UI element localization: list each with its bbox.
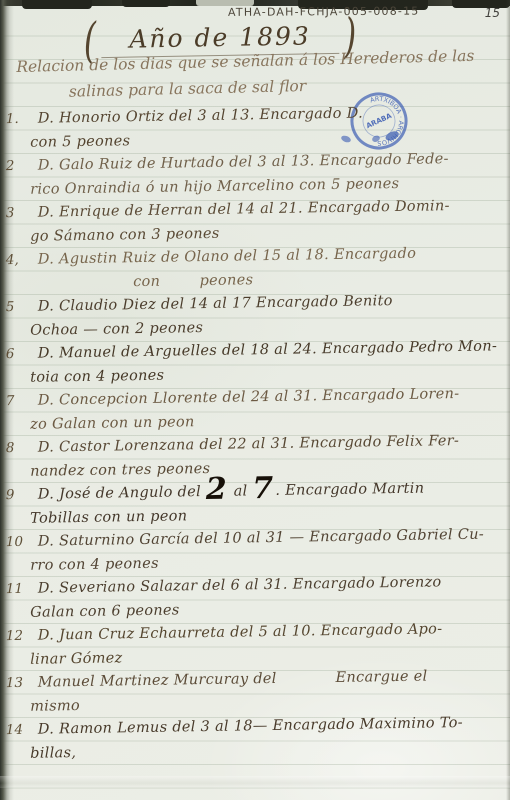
ledger-entry: 11 D. Severiano Salazar del 6 al 31. Enc…: [16, 570, 507, 625]
entry-number: 5: [6, 299, 28, 315]
ledger-entry: 13 Manuel Martinez Murcuray del Encargue…: [16, 664, 507, 719]
entry-text: D. Galo Ruiz de Hurtado del 3 al 13. Enc…: [38, 151, 449, 173]
entry-number: 14: [6, 722, 28, 738]
intro-paragraph: Relacion de los dias que se señalan á lo…: [16, 42, 507, 106]
entry-text: D. Manuel de Arguelles del 18 al 24. Enc…: [38, 338, 498, 361]
entry-number: 3: [6, 205, 28, 221]
entry-number: 11: [6, 581, 28, 597]
manuscript-page: ATHA-DAH-FCHJA-005-008-15 15 ( Año de 18…: [0, 0, 510, 800]
ledger-entry: 9 D. José de Angulo del 2 al 7. Encargad…: [16, 476, 507, 531]
paper-edge-fragment: [122, 0, 170, 7]
ledger-entry: 14 D. Ramon Lemus del 3 al 18— Encargado…: [16, 711, 507, 766]
entry-text: D. Concepcion Llorente del 24 al 31. Enc…: [38, 386, 460, 409]
entry-number: 12: [6, 628, 28, 644]
bold-overwritten-digit: 2: [206, 472, 229, 507]
page-number: 15: [485, 6, 500, 20]
ledger-entry: 12 D. Juan Cruz Echaurreta del 5 al 10. …: [16, 617, 507, 672]
entry-text: D. Agustin Ruiz de Olano del 15 al 18. E…: [38, 246, 417, 268]
paper-right-edge: [506, 0, 510, 800]
entry-number: 8: [6, 440, 28, 456]
ledger-entry: 1. D. Honorio Ortiz del 3 al 13. Encarga…: [16, 100, 507, 155]
ledger-entry: 4, D. Agustin Ruiz de Olano del 15 al 18…: [16, 241, 507, 296]
entry-number: 4,: [6, 252, 28, 268]
entry-text: D. Honorio Ortiz del 3 al 13. Encargado …: [38, 106, 363, 127]
entry-number: 13: [6, 675, 28, 691]
entry-text: D. Ramon Lemus del 3 al 18— Encargado Ma…: [38, 715, 463, 738]
entry-text: Manuel Martinez Murcuray del Encargue el: [38, 669, 428, 691]
entry-number: 7: [6, 393, 28, 409]
entry-text: D. Saturnino García del 10 al 31 — Encar…: [38, 527, 484, 550]
entry-text: D. Enrique de Herran del 14 al 21. Encar…: [38, 198, 450, 220]
entry-number: 6: [6, 346, 28, 362]
entry-text: D. Castor Lorenzana del 22 al 31. Encarg…: [38, 433, 460, 456]
entry-number: 2: [6, 158, 28, 174]
paper-crease: [0, 776, 510, 788]
ledger-entry: 10 D. Saturnino García del 10 al 31 — En…: [16, 523, 507, 578]
paper-edge-fragment: [22, 0, 92, 9]
entry-text: D. José de Angulo del: [38, 484, 206, 503]
ledger-entry: 7 D. Concepcion Llorente del 24 al 31. E…: [16, 382, 507, 437]
entry-text: al: [229, 483, 253, 499]
ledger-entry: 5 D. Claudio Diez del 14 al 17 Encargado…: [16, 288, 507, 343]
entry-text: D. Severiano Salazar del 6 al 31. Encarg…: [38, 574, 442, 596]
entry-text: . Encargado Martin: [275, 481, 424, 499]
entry-text: D. Claudio Diez del 14 al 17 Encargado B…: [38, 293, 393, 315]
ledger-entry: 3 D. Enrique de Herran del 14 al 21. Enc…: [16, 194, 507, 249]
entry-number: 1.: [6, 111, 28, 127]
bold-overwritten-digit: 7: [252, 471, 275, 506]
entry-text: D. Juan Cruz Echaurreta del 5 al 10. Enc…: [38, 621, 443, 643]
entries-list: 1. D. Honorio Ortiz del 3 al 13. Encarga…: [16, 108, 506, 766]
ledger-entry: 2 D. Galo Ruiz de Hurtado del 3 al 13. E…: [16, 147, 507, 202]
entry-number: 9: [6, 487, 28, 503]
ledger-entry: 6 D. Manuel de Arguelles del 18 al 24. E…: [16, 335, 507, 390]
entry-number: 10: [6, 534, 28, 550]
